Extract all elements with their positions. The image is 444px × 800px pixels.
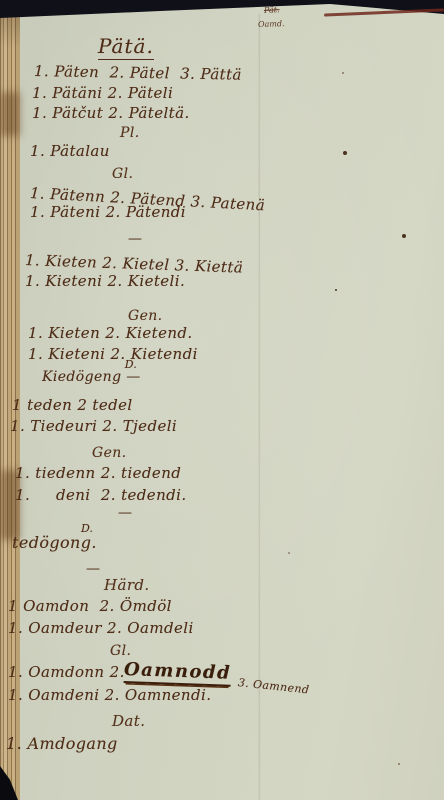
manuscript-line: 1. Amdogang [6,734,118,753]
manuscript-line: 1. Pätalau [30,142,110,160]
manuscript-line: Dat. [112,712,145,730]
manuscript-line: tedögong.D. [12,533,97,552]
paper-speck [335,289,337,291]
corner-note-line1: Pät. [264,5,280,15]
manuscript-line: 1. Kieteni 2. Kietendi [28,345,198,363]
manuscript-line: Oamnodd [124,659,232,687]
manuscript-line: Gl. [112,166,133,182]
superscript-note: D. [81,522,93,535]
manuscript-line: 1. tiedenn 2. tiedend [15,464,181,482]
manuscript-line: 1. Pätäni 2. Päteli [32,84,173,102]
paper-speck [398,763,400,765]
manuscript-line: 1. Kieteni 2. Kieteli. [25,272,185,290]
manuscript-line: 1. Oamdeur 2. Oamdeli [8,619,194,637]
paper-speck [402,234,406,238]
manuscript-line: Gen. [92,445,127,461]
manuscript-line: 1. Päteni 2. Pätendi [30,203,186,221]
manuscript-line: 1. Oamdeni 2. Oamnendi. [8,686,211,704]
manuscript-line: 1. deni 2. tedendi. [15,486,187,504]
manuscript-line: Pl. [120,125,140,141]
manuscript-line: 1. Tiedeuri 2. Tjedeli [10,417,177,435]
corner-note-line2: Oamd. [258,19,285,29]
manuscript-line: 1 Oamdon 2. Ömdöl [8,597,172,615]
manuscript-line: — [128,231,142,247]
manuscript-line: 1 teden 2 tedel [12,396,133,414]
manuscript-line: 1. Kieten 2. Kietend. [28,324,193,342]
manuscript-line: 1. Päten 2. Pätel 3. Pättä [34,62,242,84]
edge-smudge [0,92,20,136]
paper-speck [343,151,347,155]
paper-speck [342,72,344,74]
manuscript-line: 1. Pätčut 2. Päteltä. [32,104,190,122]
manuscript-line: Kiedögeng —D. [42,369,141,385]
manuscript-line: Härd. [104,576,150,594]
superscript-note: D. [125,358,137,371]
manuscript-line: Pätä. [98,34,154,60]
manuscript-line: — [118,505,132,521]
paper-speck [288,552,290,554]
manuscript-line: — [86,561,100,577]
manuscript-line: Gen. [128,308,163,324]
manuscript-line: Gl. [110,643,131,659]
manuscript-line: 1. Oamdonn 2. [8,663,125,681]
